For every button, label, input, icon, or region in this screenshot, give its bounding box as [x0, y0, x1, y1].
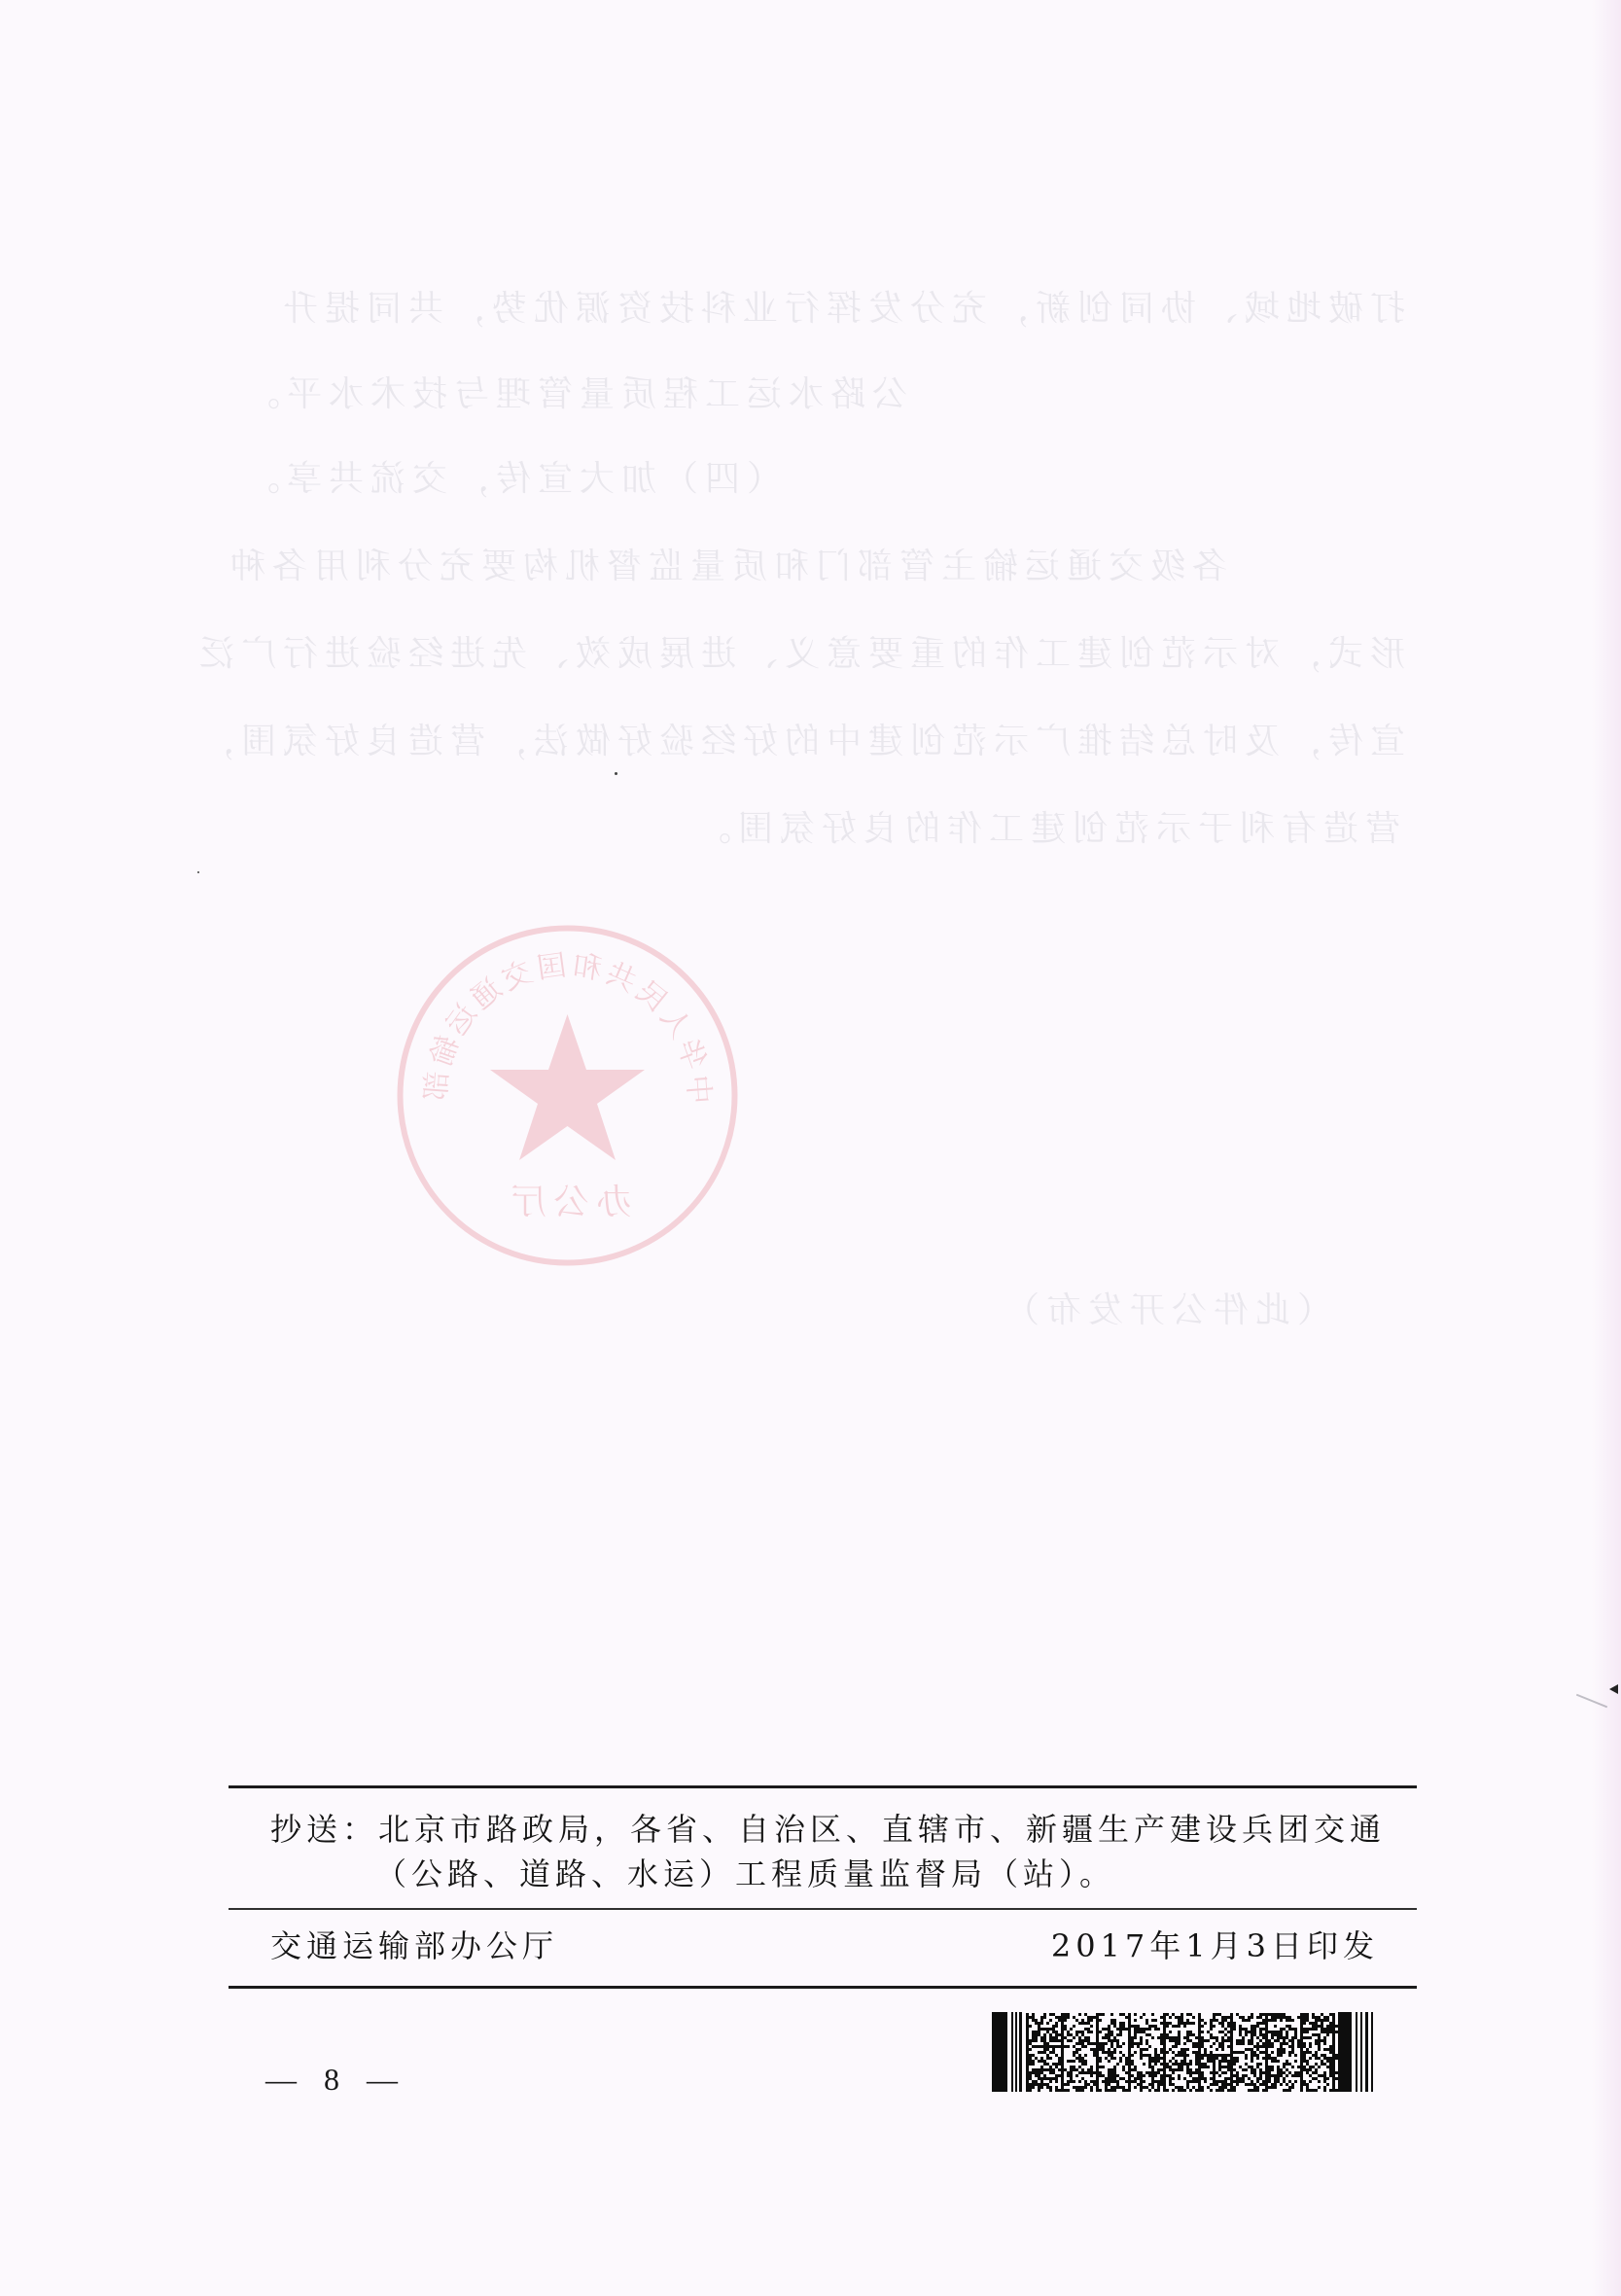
scan-artifact — [1609, 1684, 1618, 1694]
showthrough-line: 打破地域、协同创新，充分发挥行业科技资源优势，共同提升 — [238, 292, 1405, 327]
pdf417-barcode-icon — [992, 2012, 1375, 2092]
cc-recipients-2: （公路、道路、水运）工程质量监督局（站）。 — [270, 1852, 1418, 1896]
showthrough-note: （此件公开发布） — [1021, 1293, 1332, 1328]
cc-recipients-1: 北京市路政局，各省、自治区、直辖市、新疆生产建设兵团交通 — [378, 1811, 1386, 1848]
seal-center-text: 办公厅 — [503, 1183, 631, 1222]
footer-rule-top — [229, 1785, 1417, 1788]
scan-speck — [615, 772, 617, 775]
cc-distribution: 抄送：北京市路政局，各省、自治区、直辖市、新疆生产建设兵团交通 （公路、道路、水… — [270, 1807, 1418, 1896]
page-number: — 8 — — [265, 2062, 407, 2098]
showthrough-line: （四）加大宣传，交流共享。 — [238, 462, 1288, 497]
footer-rule-middle — [229, 1908, 1417, 1910]
scan-speck — [197, 871, 199, 873]
showthrough-line: 公路水运工程质量管理与技术水平。 — [238, 377, 1400, 412]
showthrough-line: 形式，对示范创建工作的重要意义、进展成效、先进经验进行广泛 — [238, 637, 1405, 672]
showthrough-line: 宣传，及时总结推广示范创建中的好经验好做法，营造良好氛围， — [238, 724, 1405, 759]
showthrough-line: 营造有利于示范创建工作的良好氛围。 — [758, 812, 1400, 847]
showthrough-line: 各级交通运输主管部门和质量监督机构要充分利用各种 — [224, 549, 1322, 584]
issuer-name: 交通运输部办公厅 — [270, 1924, 558, 1968]
cc-label: 抄送： — [270, 1811, 378, 1848]
cc-line-1: 抄送：北京市路政局，各省、自治区、直辖市、新疆生产建设兵团交通 — [270, 1807, 1418, 1852]
issue-date: 2017年1月3日印发 — [1051, 1924, 1379, 1968]
page-edge-shadow — [1592, 0, 1621, 2296]
footer-rule-bottom — [229, 1986, 1417, 1989]
issuer-row: 交通运输部办公厅 2017年1月3日印发 — [270, 1924, 1379, 1968]
official-seal-icon: 中华人民共和国交通运输部 办公厅 — [394, 922, 741, 1269]
